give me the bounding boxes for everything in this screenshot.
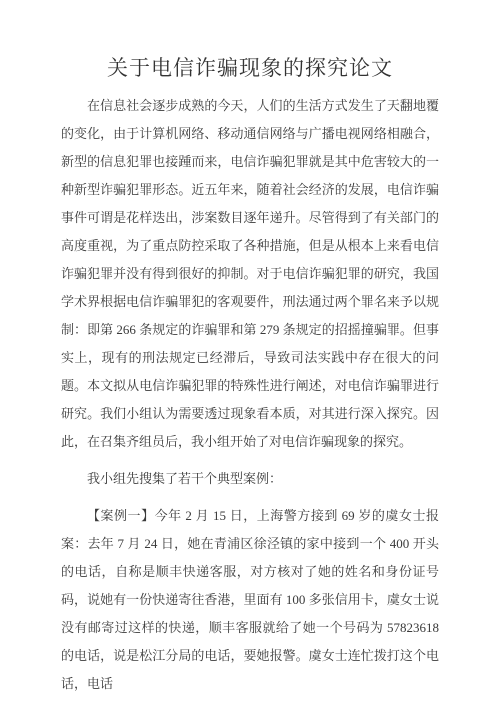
document-body: 在信息社会逐步成熟的今天，人们的生活方式发生了天翻地覆的变化，由于计算机网络、移… — [61, 92, 439, 698]
paragraph-case-one: 【案例一】今年 2 月 15 日，上海警方接到 69 岁的虞女士报案：去年 7 … — [61, 502, 439, 698]
paragraph-cases-lead-in: 我小组先搜集了若干个典型案例： — [61, 465, 439, 493]
document-title: 关于电信诈骗现象的探究论文 — [0, 52, 500, 82]
document-page: 关于电信诈骗现象的探究论文 在信息社会逐步成熟的今天，人们的生活方式发生了天翻地… — [0, 0, 500, 707]
paragraph-introduction: 在信息社会逐步成熟的今天，人们的生活方式发生了天翻地覆的变化，由于计算机网络、移… — [61, 92, 439, 456]
